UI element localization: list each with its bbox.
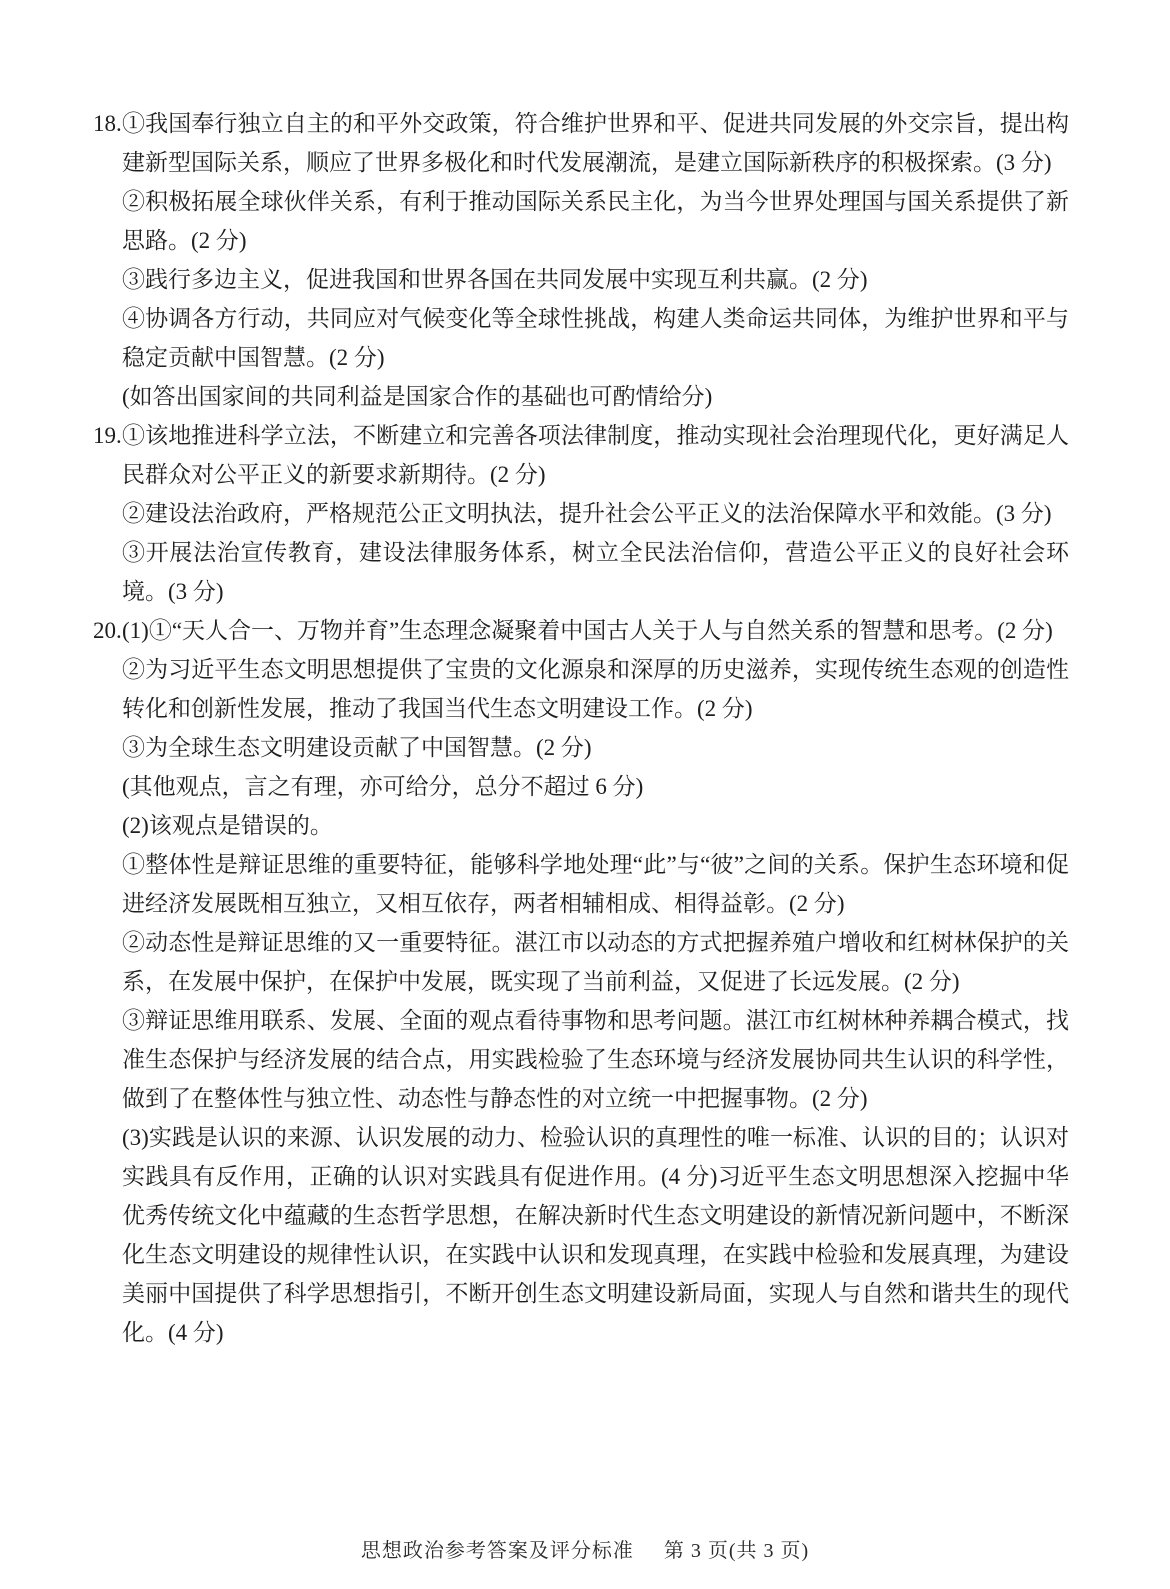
answer-paragraph: ③践行多边主义，促进我国和世界各国在共同发展中实现互利共赢。(2 分) xyxy=(122,260,1069,299)
page-footer: 思想政治参考答案及评分标准 第 3 页(共 3 页) xyxy=(0,1534,1170,1563)
answer-paragraph: ③辩证思维用联系、发展、全面的观点看待事物和思考问题。湛江市红树林种养耦合模式，… xyxy=(122,1001,1069,1118)
answer-paragraph: (2)该观点是错误的。 xyxy=(122,806,1069,845)
footer-page-number: 第 3 页(共 3 页) xyxy=(664,1534,809,1563)
answer-paragraph: ②动态性是辩证思维的又一重要特征。湛江市以动态的方式把握养殖户增收和红树林保护的… xyxy=(122,923,1069,1001)
answer-paragraph: ①我国奉行独立自主的和平外交政策，符合维护世界和平、促进共同发展的外交宗旨，提出… xyxy=(122,104,1069,182)
answer-paragraph: ③为全球生态文明建设贡献了中国智慧。(2 分) xyxy=(122,728,1069,767)
answer-paragraph: (3)实践是认识的来源、认识发展的动力、检验认识的真理性的唯一标准、认识的目的；… xyxy=(122,1118,1069,1352)
question-number: 18. xyxy=(93,104,122,143)
answer-paragraph: ①该地推进科学立法，不断建立和完善各项法律制度，推动实现社会治理现代化，更好满足… xyxy=(122,416,1069,494)
answer-paragraph: (其他观点，言之有理，亦可给分，总分不超过 6 分) xyxy=(122,767,1069,806)
answer-paragraph: (如答出国家间的共同利益是国家合作的基础也可酌情给分) xyxy=(122,377,1069,416)
answer-item-20: 20. (1)①“天人合一、万物并育”生态理念凝聚着中国古人关于人与自然关系的智… xyxy=(93,611,1069,1352)
answer-item-18: 18. ①我国奉行独立自主的和平外交政策，符合维护世界和平、促进共同发展的外交宗… xyxy=(93,104,1069,416)
answer-paragraph: ①整体性是辩证思维的重要特征，能够科学地处理“此”与“彼”之间的关系。保护生态环… xyxy=(122,845,1069,923)
answer-paragraph: ②积极拓展全球伙伴关系，有利于推动国际关系民主化，为当今世界处理国与国关系提供了… xyxy=(122,182,1069,260)
question-number: 19. xyxy=(93,416,122,455)
answer-paragraph: ④协调各方行动，共同应对气候变化等全球性挑战，构建人类命运共同体，为维护世界和平… xyxy=(122,299,1069,377)
answer-paragraph: ②建设法治政府，严格规范公正文明执法，提升社会公平正义的法治保障水平和效能。(3… xyxy=(122,494,1069,533)
answer-item-19: 19. ①该地推进科学立法，不断建立和完善各项法律制度，推动实现社会治理现代化，… xyxy=(93,416,1069,611)
question-number: 20. xyxy=(93,611,122,650)
answer-sheet-page: 18. ①我国奉行独立自主的和平外交政策，符合维护世界和平、促进共同发展的外交宗… xyxy=(0,0,1170,1589)
answer-paragraph: ②为习近平生态文明思想提供了宝贵的文化源泉和深厚的历史滋养，实现传统生态观的创造… xyxy=(122,650,1069,728)
footer-title: 思想政治参考答案及评分标准 xyxy=(361,1534,634,1563)
answer-paragraph: (1)①“天人合一、万物并育”生态理念凝聚着中国古人关于人与自然关系的智慧和思考… xyxy=(122,611,1069,650)
answer-paragraph: ③开展法治宣传教育，建设法律服务体系，树立全民法治信仰，营造公平正义的良好社会环… xyxy=(122,533,1069,611)
answers-content: 18. ①我国奉行独立自主的和平外交政策，符合维护世界和平、促进共同发展的外交宗… xyxy=(93,104,1069,1352)
